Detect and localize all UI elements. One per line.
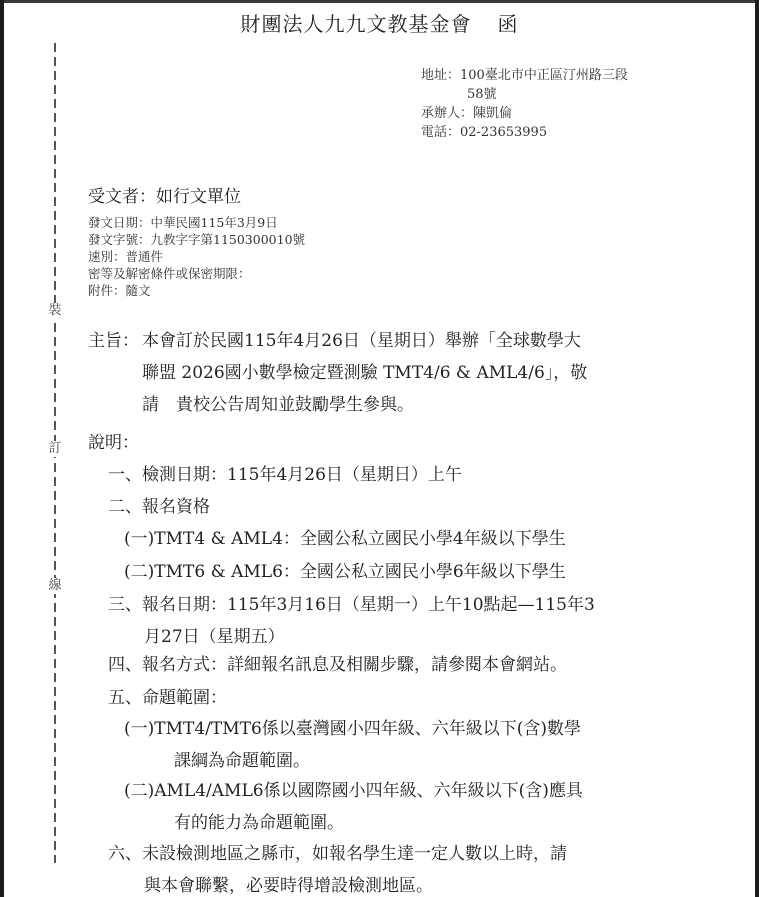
item-text: 四、報名方式：詳細報名訊息及相關步驟，請參閱本會網站。: [108, 649, 567, 681]
item-text-cont: 有的能力為命題範圍。: [124, 807, 583, 839]
meta-block: 發文日期：中華民國115年3月9日 發文字號：九教字字第1150300010號 …: [88, 214, 305, 299]
item-text: 五、命題範圍：: [108, 682, 227, 714]
binding-mark-zhuang: 裝: [46, 303, 64, 319]
document-title: 財團法人九九文教基金會函: [0, 8, 759, 37]
item-text: 二、報名資格: [108, 491, 210, 523]
explanation-subitem-2-2: (二)TMT6 & AML6：全國公私立國民小學6年級以下學生: [124, 556, 566, 588]
item-text: (二)TMT6 & AML6：全國公私立國民小學6年級以下學生: [124, 556, 566, 588]
explanation-item-6: 六、未設檢測地區之縣市，如報名學生達一定人數以上時，請 與本會聯繫，必要時得增設…: [108, 838, 567, 897]
item-text: 一、檢測日期：115年4月26日（星期日）上午: [108, 459, 462, 491]
organization-name: 財團法人九九文教基金會: [241, 12, 472, 36]
document-type: 函: [498, 12, 519, 36]
explanation-label: 說明：: [88, 427, 139, 459]
window-right-border: [755, 0, 759, 897]
recipient: 受文者：如行文單位: [88, 182, 241, 207]
item-text: (一)TMT4/TMT6係以臺灣國小四年級、六年級以下(含)數學: [124, 713, 581, 745]
confidentiality: 密等及解密條件或保密期限：: [88, 265, 305, 282]
item-text: (二)AML4/AML6係以國際國小四年級、六年級以下(含)應具: [124, 775, 583, 807]
subject-section: 主旨：本會訂於民國115年4月26日（星期日）舉辦「全球數學大 聯盟 2026國…: [88, 325, 688, 421]
explanation-item-3: 三、報名日期：115年3月16日（星期一）上午10點起—115年3 月27日（星…: [108, 589, 595, 653]
item-text-cont: 課綱為命題範圍。: [124, 745, 581, 777]
explanation-subitem-5-1: (一)TMT4/TMT6係以臺灣國小四年級、六年級以下(含)數學 課綱為命題範圍…: [124, 713, 581, 777]
item-text: 三、報名日期：115年3月16日（星期一）上午10點起—115年3: [108, 589, 595, 621]
urgency: 速別：普通件: [88, 248, 305, 265]
handler: 承辦人：陳凱倫: [421, 104, 628, 123]
address-line-1: 地址：100臺北市中正區汀州路三段: [421, 66, 628, 85]
explanation-subitem-2-1: (一)TMT4 & AML4：全國公私立國民小學4年級以下學生: [124, 523, 566, 555]
binding-mark-ding: 訂: [46, 441, 64, 457]
phone: 電話：02-23653995: [421, 123, 628, 142]
subject-line-1: 本會訂於民國115年4月26日（星期日）舉辦「全球數學大: [142, 331, 581, 351]
binding-mark-xian: 線: [46, 578, 64, 594]
attachment: 附件：隨文: [88, 282, 305, 299]
subject-line-2: 聯盟 2026國小數學檢定暨測驗 TMT4/6 & AML4/6」，敬: [88, 357, 688, 389]
subject-label: 主旨：: [88, 325, 142, 357]
explanation-subitem-5-2: (二)AML4/AML6係以國際國小四年級、六年級以下(含)應具 有的能力為命題…: [124, 775, 583, 839]
explanation-item-1: 一、檢測日期：115年4月26日（星期日）上午: [108, 459, 462, 491]
item-text-cont: 與本會聯繫，必要時得增設檢測地區。: [108, 870, 567, 897]
item-text: 六、未設檢測地區之縣市，如報名學生達一定人數以上時，請: [108, 838, 567, 870]
explanation-item-2: 二、報名資格: [108, 491, 210, 523]
document-number: 發文字號：九教字字第1150300010號: [88, 231, 305, 248]
item-text: (一)TMT4 & AML4：全國公私立國民小學4年級以下學生: [124, 523, 566, 555]
explanation-item-4: 四、報名方式：詳細報名訊息及相關步驟，請參閱本會網站。: [108, 649, 567, 681]
contact-block: 地址：100臺北市中正區汀州路三段 58號 承辦人：陳凱倫 電話：02-2365…: [421, 66, 628, 142]
explanation-item-5: 五、命題範圍：: [108, 682, 227, 714]
issue-date: 發文日期：中華民國115年3月9日: [88, 214, 305, 231]
subject-line-3: 請 貴校公告周知並鼓勵學生參與。: [88, 389, 688, 421]
address-line-2: 58號: [421, 85, 628, 104]
